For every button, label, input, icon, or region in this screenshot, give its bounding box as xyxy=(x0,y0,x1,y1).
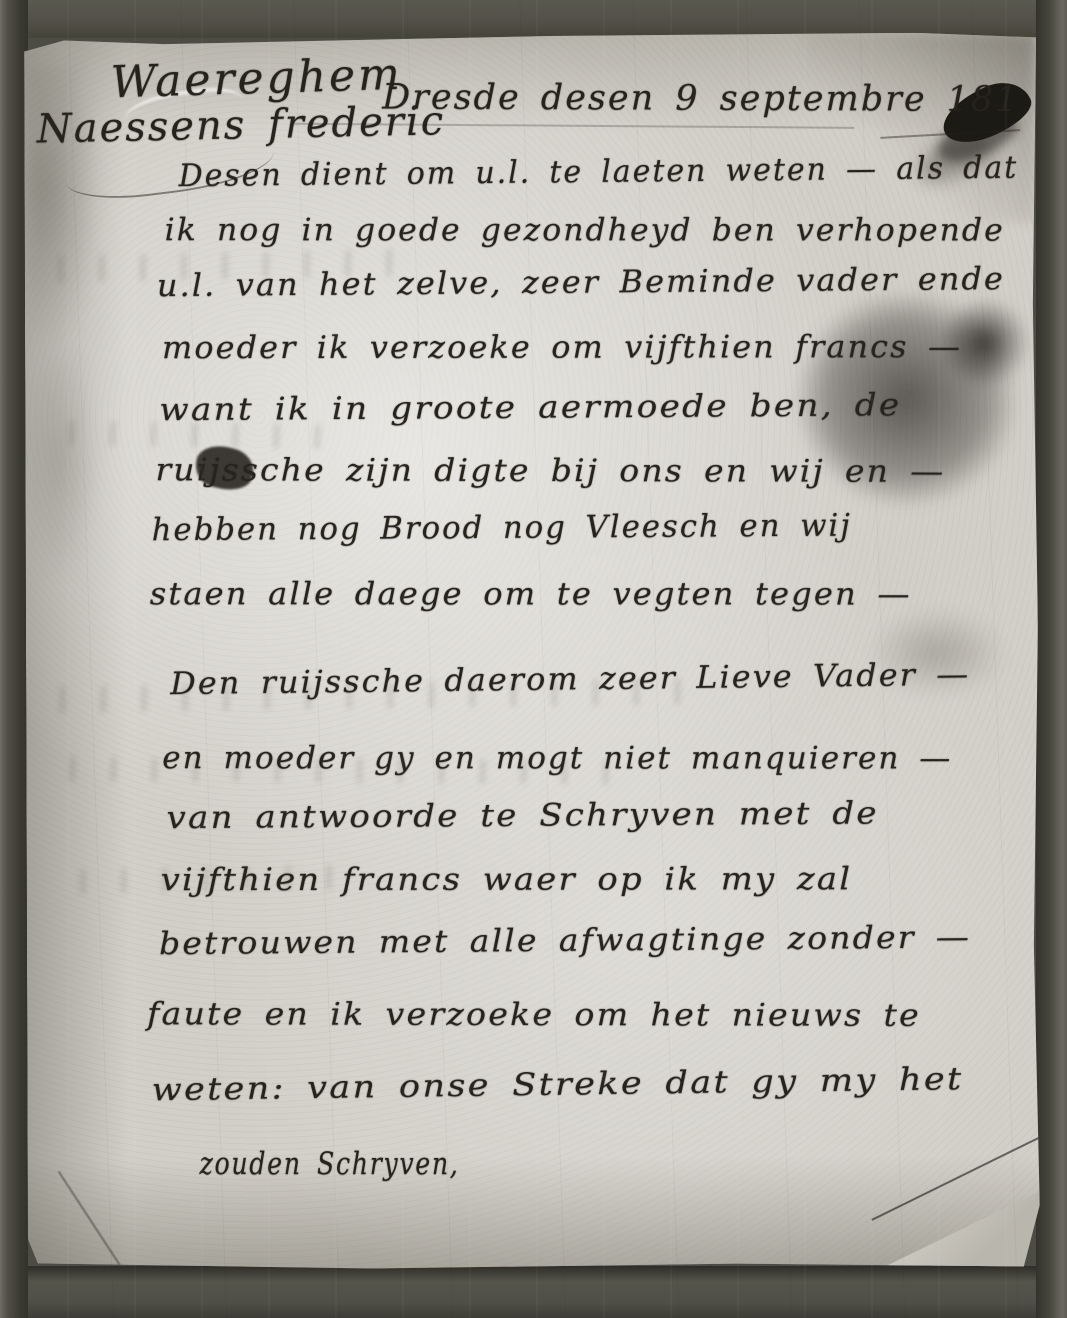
handwriting-line: Desen dient om u.l. te laeten weten — al… xyxy=(178,151,1018,194)
handwriting-line: hebben nog Brood nog Vleesch en wij xyxy=(152,509,852,548)
letter-paper: Waereghem Naessens frederic Dresde desen… xyxy=(24,32,1040,1269)
handwriting-line: u.l. van het zelve, zeer Beminde vader e… xyxy=(157,262,1005,303)
handwriting-line: moeder ik verzoeke om vijfthien francs — xyxy=(162,330,962,365)
mount-border-top xyxy=(0,0,1067,38)
handwriting-line: staen alle daege om te vegten tegen — xyxy=(150,577,912,611)
mount-border-left xyxy=(0,0,28,1318)
date-line: Dresde desen 9 septembre 181 xyxy=(382,78,1020,119)
handwriting-line: weten: van onse Streke dat gy my het xyxy=(151,1062,963,1107)
handwriting-line: ik nog in goede gezondheyd ben verhopend… xyxy=(165,213,1005,247)
handwriting-line: van antwoorde te Schryven met de xyxy=(166,796,878,835)
mount-border-bottom xyxy=(0,1266,1067,1318)
date-underline-stroke xyxy=(880,129,1020,139)
handwriting-line: en moeder gy en mogt niet manquieren — xyxy=(162,741,952,775)
handwriting-line: betrouwen met alle afwagtinge zonder — xyxy=(159,920,971,961)
handwriting-line: Den ruijssche daerom zeer Lieve Vader — xyxy=(170,658,970,702)
handwriting-line: want ik in groote aermoede ben, de xyxy=(159,388,901,427)
handwriting-line: zouden Schryven, xyxy=(200,1147,460,1181)
handwriting-line: ruijssche zijn digte bij ons en wij en — xyxy=(155,453,945,489)
photograph-of-letter: { "letter": { "place": "Waereghem", "sen… xyxy=(0,0,1067,1318)
handwriting-line: vijfthien francs waer op ik my zal xyxy=(161,862,853,897)
handwriting-layer: Waereghem Naessens frederic Dresde desen… xyxy=(24,32,1040,1269)
mount-border-right xyxy=(1036,0,1067,1318)
handwriting-line: faute en ik verzoeke om het nieuws te xyxy=(147,997,921,1033)
